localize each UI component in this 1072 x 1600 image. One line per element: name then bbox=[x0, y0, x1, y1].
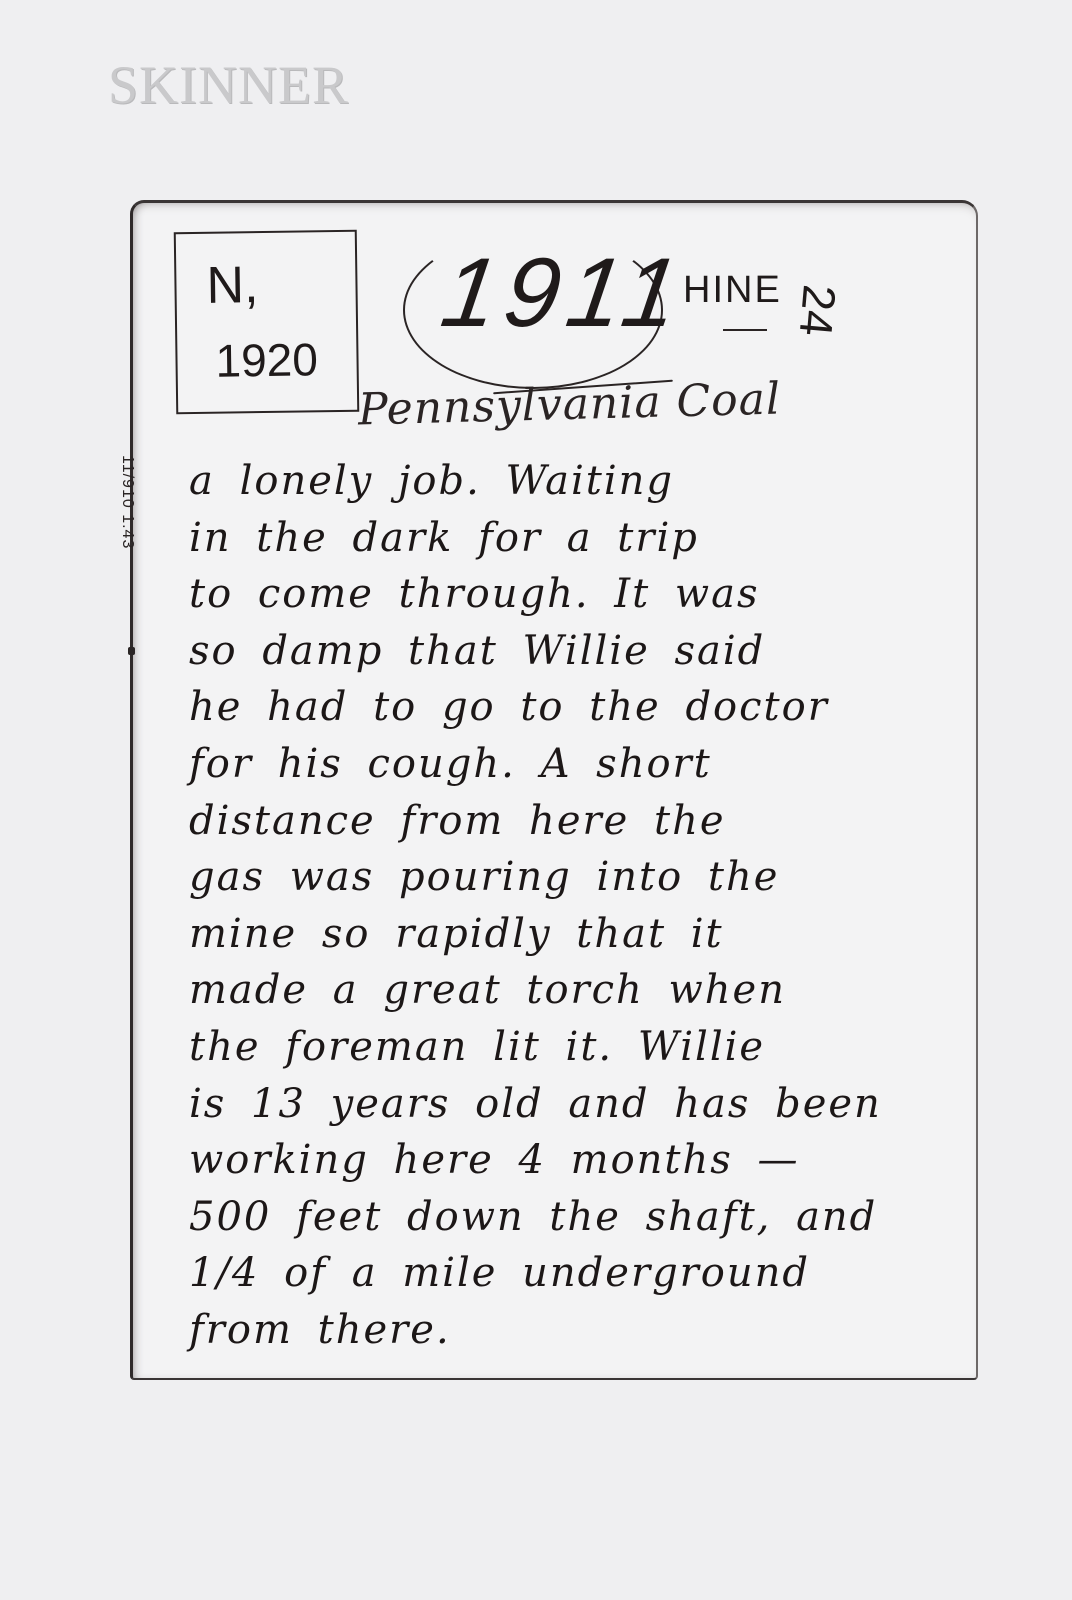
catalog-number-value: 1920 bbox=[215, 336, 318, 383]
caption-line: a lonely job. Waiting bbox=[189, 453, 969, 510]
rotated-side-mark: 24 bbox=[793, 283, 843, 338]
margin-note: 11/910 1.43 bbox=[119, 455, 135, 549]
year-text: 1911 bbox=[436, 243, 693, 341]
card-edge-notch bbox=[128, 647, 135, 655]
subject-heading: Pennsylvania Coal bbox=[357, 377, 781, 432]
caption-line: so damp that Willie said bbox=[189, 623, 969, 680]
caption-line: is 13 years old and has been bbox=[189, 1076, 969, 1133]
caption-line: from there. bbox=[189, 1302, 969, 1359]
catalog-number-label: N, bbox=[206, 259, 259, 312]
caption-line: the foreman lit it. Willie bbox=[189, 1019, 969, 1076]
caption-line: 1/4 of a mile underground bbox=[189, 1245, 969, 1302]
caption-line: working here 4 months — bbox=[189, 1132, 969, 1189]
caption-line: in the dark for a trip bbox=[189, 510, 969, 567]
caption-card: N, 1920 1911 HINE 24 Pennsylvania Coal 1… bbox=[130, 200, 978, 1380]
caption-line: gas was pouring into the bbox=[189, 849, 969, 906]
caption-line: to come through. It was bbox=[189, 566, 969, 623]
photographer-underline bbox=[723, 329, 767, 331]
caption-line: distance from here the bbox=[189, 793, 969, 850]
caption-line: he had to go to the doctor bbox=[189, 679, 969, 736]
caption-line: 500 feet down the shaft, and bbox=[189, 1189, 969, 1246]
skinner-watermark: SKINNER bbox=[108, 58, 349, 112]
caption-line: made a great torch when bbox=[189, 962, 969, 1019]
catalog-number-box: N, 1920 bbox=[174, 230, 360, 415]
caption-line: mine so rapidly that it bbox=[189, 906, 969, 963]
photographer-name: HINE bbox=[683, 271, 782, 309]
caption-line: for his cough. A short bbox=[189, 736, 969, 793]
handwritten-caption: a lonely job. Waiting in the dark for a … bbox=[189, 453, 969, 1359]
